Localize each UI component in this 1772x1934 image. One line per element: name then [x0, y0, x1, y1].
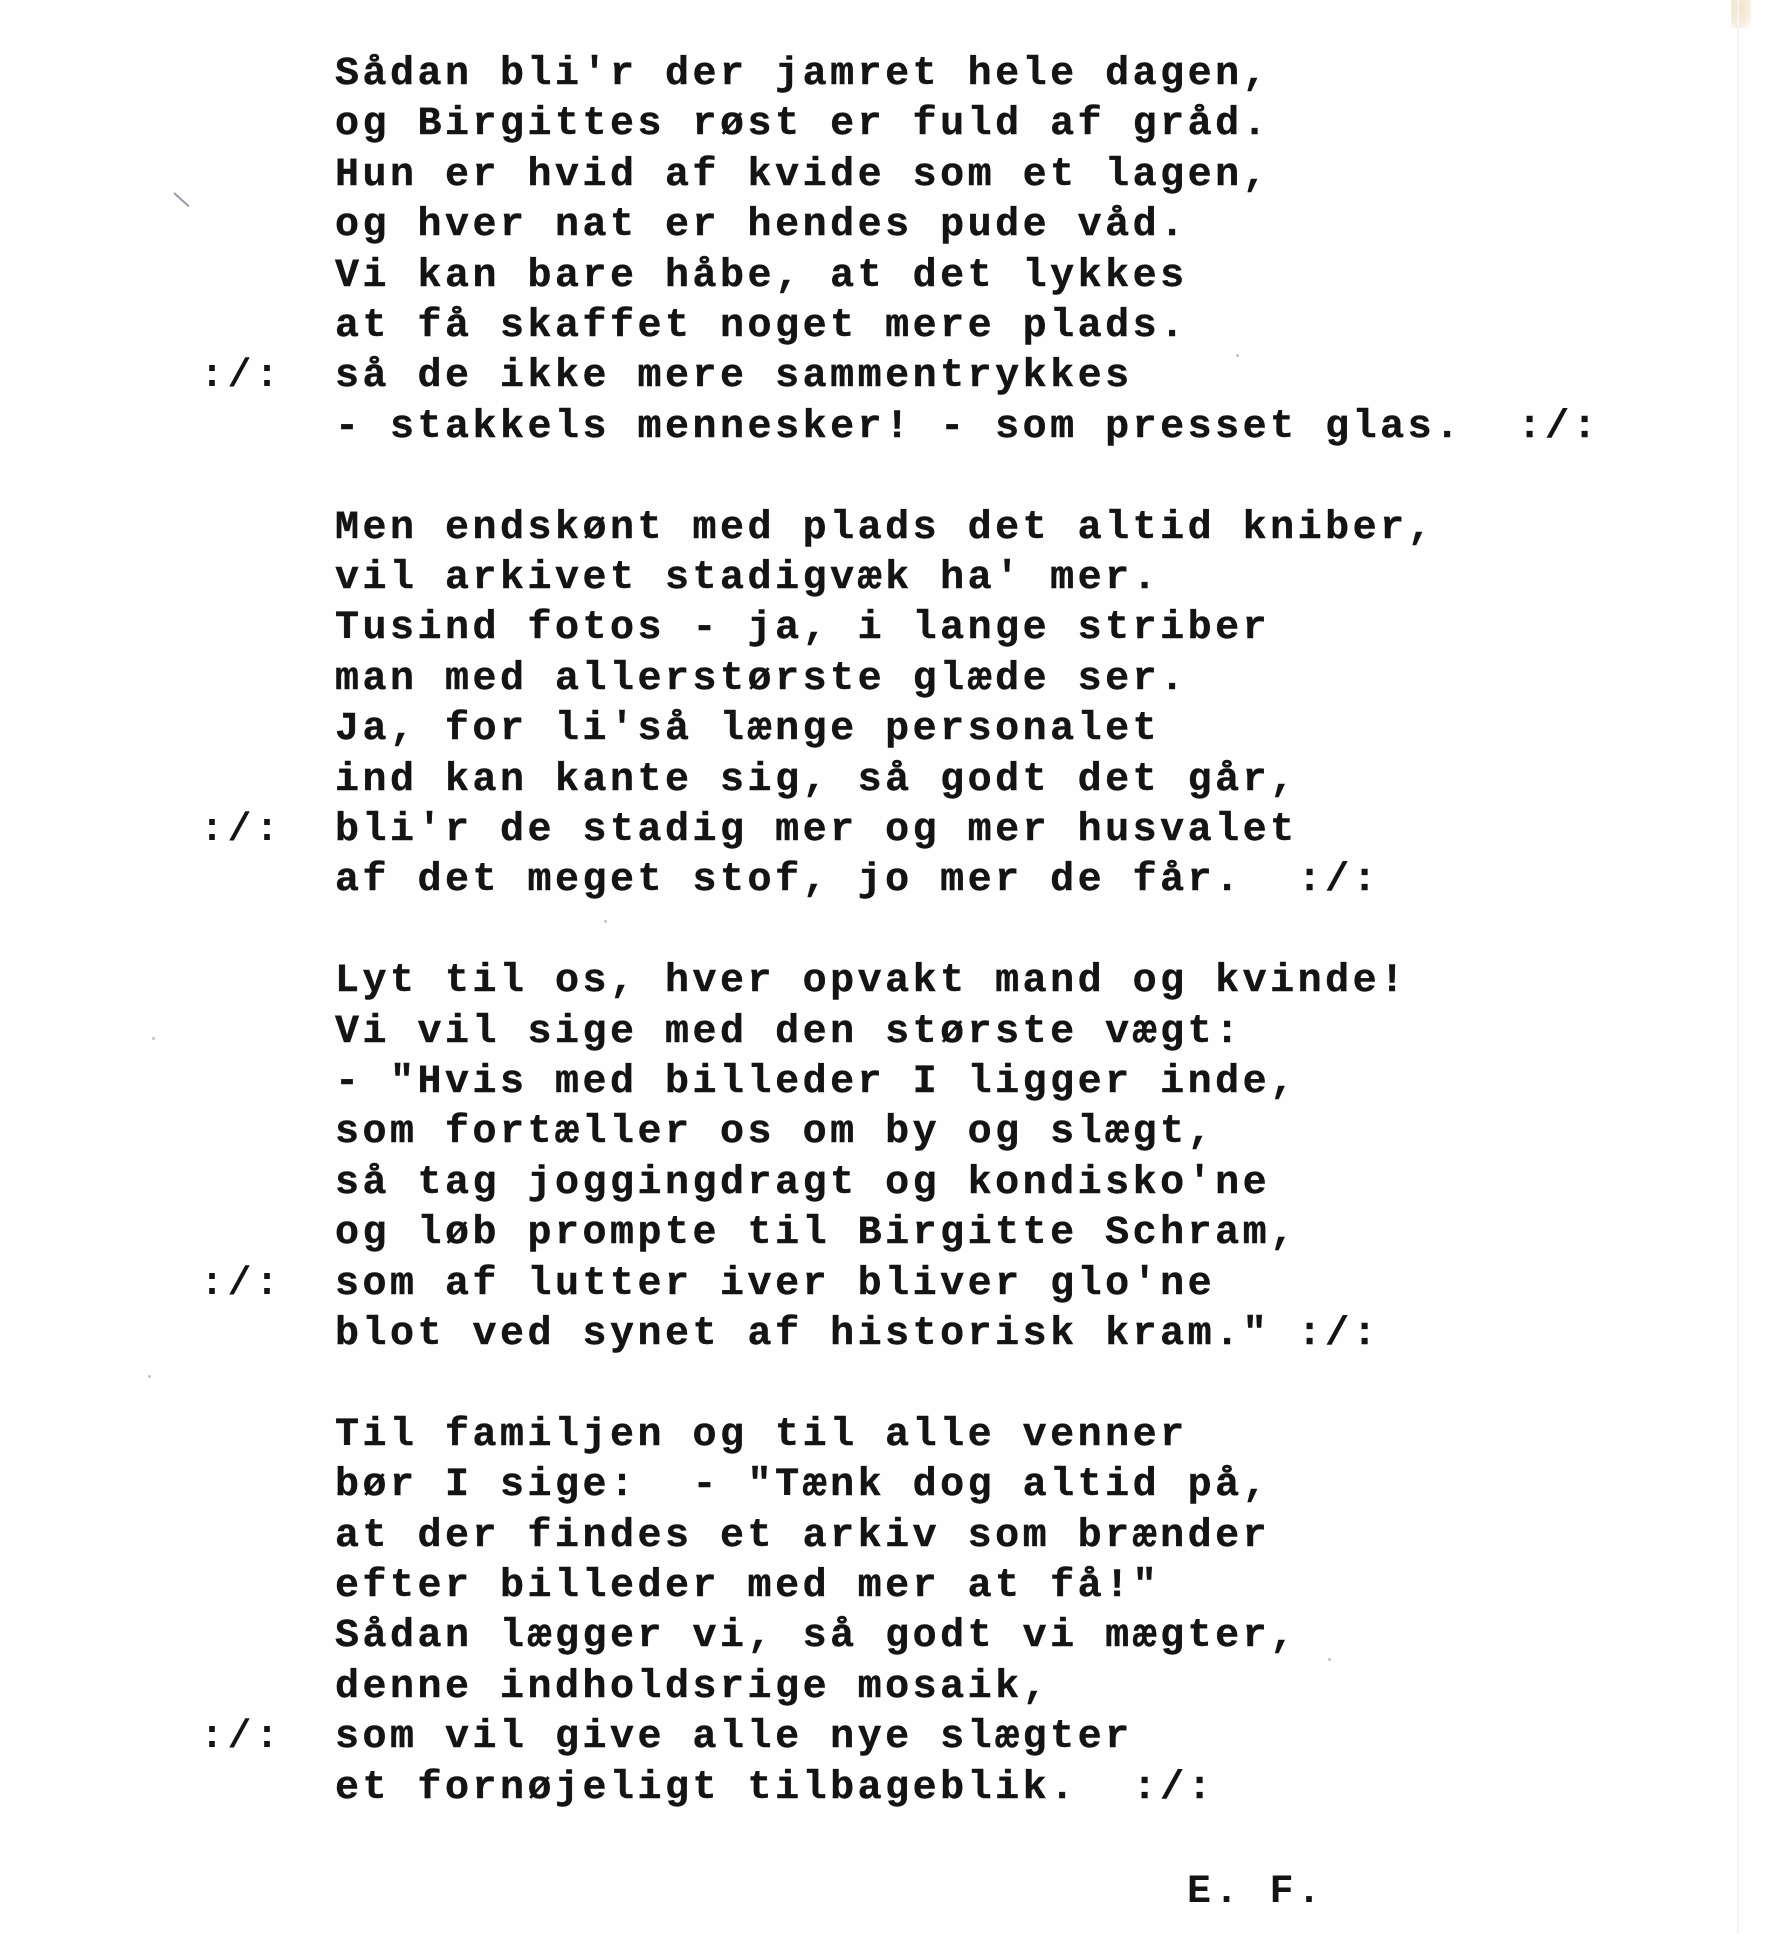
poem-line: blot ved synet af historisk kram." :/: — [335, 1310, 1380, 1360]
page-edge — [1737, 0, 1739, 1934]
poem-line: Vi kan bare håbe, at det lykkes — [335, 252, 1188, 302]
poem-line: Hun er hvid af kvide som et lagen, — [335, 151, 1270, 201]
poem-line: Tusind fotos - ja, i lange striber — [335, 604, 1270, 654]
poem-line: efter billeder med mer at få!" — [335, 1562, 1160, 1612]
poem-line: Vi vil sige med den største vægt: — [335, 1008, 1243, 1058]
poem-line: - stakkels mennesker! - som presset glas… — [335, 403, 1600, 453]
poem-line: som vil give alle nye slægter — [335, 1713, 1133, 1763]
poem-line: man med allerstørste glæde ser. — [335, 655, 1188, 705]
poem-line: Sådan lægger vi, så godt vi mægter, — [335, 1612, 1298, 1662]
poem-line: Ja, for li'så længe personalet — [335, 705, 1160, 755]
poem-line: af det meget stof, jo mer de får. :/: — [335, 856, 1380, 906]
poem-line: Lyt til os, hver opvakt mand og kvinde! — [335, 957, 1408, 1007]
stray-pen-mark — [173, 192, 189, 207]
speck — [1328, 1658, 1331, 1661]
poem-line: og hver nat er hendes pude våd. — [335, 201, 1188, 251]
poem-line: så tag joggingdragt og kondisko'ne — [335, 1159, 1270, 1209]
poem-line: - "Hvis med billeder I ligger inde, — [335, 1058, 1298, 1108]
poem-line: og løb prompte til Birgitte Schram, — [335, 1209, 1298, 1259]
speck — [152, 1037, 155, 1040]
repeat-marker: :/: — [200, 1713, 283, 1763]
poem-line: at få skaffet noget mere plads. — [335, 302, 1188, 352]
poem-line: bli'r de stadig mer og mer husvalet — [335, 806, 1298, 856]
poem-line: og Birgittes røst er fuld af gråd. — [335, 100, 1270, 150]
poem-line: Men endskønt med plads det altid kniber, — [335, 504, 1435, 554]
poem-line: Sådan bli'r der jamret hele dagen, — [335, 50, 1270, 100]
poem-line: så de ikke mere sammentrykkes — [335, 352, 1133, 402]
repeat-marker: :/: — [200, 1260, 283, 1310]
poem-line: som fortæller os om by og slægt, — [335, 1108, 1215, 1158]
poem-line: Til familjen og til alle venner — [335, 1411, 1188, 1461]
poem-line: bør I sige: - "Tænk dog altid på, — [335, 1461, 1270, 1511]
poem-line: et fornøjeligt tilbageblik. :/: — [335, 1764, 1215, 1814]
repeat-marker: :/: — [200, 352, 283, 402]
poem-line: denne indholdsrige mosaik, — [335, 1663, 1050, 1713]
paper-corner-stain — [1731, 0, 1751, 28]
speck — [1236, 354, 1239, 357]
speck — [148, 1375, 151, 1378]
poem-line: vil arkivet stadigvæk ha' mer. — [335, 554, 1160, 604]
poem-line: at der findes et arkiv som brænder — [335, 1512, 1270, 1562]
poem-line: som af lutter iver bliver glo'ne — [335, 1260, 1215, 1310]
poem-line: ind kan kante sig, så godt det går, — [335, 756, 1298, 806]
repeat-marker: :/: — [200, 806, 283, 856]
speck — [604, 920, 607, 923]
signature: E. F. — [1187, 1868, 1325, 1918]
typewritten-page: Sådan bli'r der jamret hele dagen,og Bir… — [0, 0, 1772, 1934]
